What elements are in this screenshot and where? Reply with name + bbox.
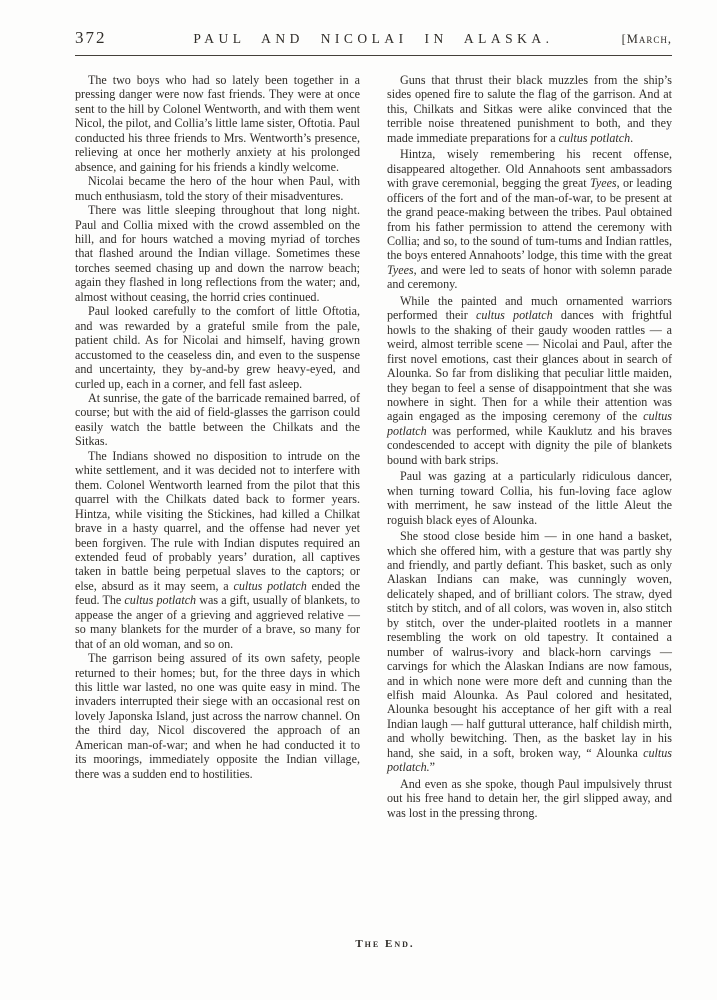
text-run: , and were led to seats of honor with so… xyxy=(387,263,672,291)
text-run: There was little sleeping throughout tha… xyxy=(75,203,360,304)
header-rule xyxy=(75,55,672,56)
text-run: The Indians showed no disposition to int… xyxy=(75,449,360,593)
page-content: 372 PAUL AND NICOLAI IN ALASKA. [March, … xyxy=(75,28,672,822)
paragraph: The Indians showed no disposition to int… xyxy=(75,449,360,651)
italic-phrase: cultus potlatch xyxy=(233,579,306,593)
paragraph: Nicolai became the hero of the hour when… xyxy=(75,174,360,203)
paragraph: The two boys who had so lately been toge… xyxy=(75,73,360,174)
text-run: And even as she spoke, though Paul impul… xyxy=(387,777,672,820)
paragraph: She stood close beside him — in one hand… xyxy=(387,529,672,775)
text-run: The garrison being assured of its own sa… xyxy=(75,651,360,781)
italic-phrase: Tyees xyxy=(387,263,414,277)
paragraph: And even as she spoke, though Paul impul… xyxy=(387,777,672,820)
text-run: dances with frightful howls to the shaki… xyxy=(387,308,672,423)
text-run: . xyxy=(630,131,633,145)
right-column: Guns that thrust their black muzzles fro… xyxy=(387,73,672,822)
page-number: 372 xyxy=(75,28,135,48)
paragraph: Hintza, wisely remembering his recent of… xyxy=(387,147,672,292)
paragraph: The garrison being assured of its own sa… xyxy=(75,651,360,781)
page-title: PAUL AND NICOLAI IN ALASKA. xyxy=(135,31,612,47)
text-run: Nicolai became the hero of the hour when… xyxy=(75,174,360,202)
text-run: She stood close beside him — in one hand… xyxy=(387,529,672,760)
text-run: Paul looked carefully to the comfort of … xyxy=(75,304,360,390)
italic-phrase: Tyees xyxy=(590,176,617,190)
running-head: 372 PAUL AND NICOLAI IN ALASKA. [March, xyxy=(75,28,672,48)
italic-phrase: cultus potlatch xyxy=(476,308,553,322)
paragraph: Paul was gazing at a particularly ridicu… xyxy=(387,469,672,527)
text-run: Paul was gazing at a particularly ridicu… xyxy=(387,469,672,526)
italic-phrase: cultus potlatch xyxy=(559,131,631,145)
paragraph: Guns that thrust their black muzzles fro… xyxy=(387,73,672,145)
paragraph: At sunrise, the gate of the barricade re… xyxy=(75,391,360,449)
paragraph: There was little sleeping throughout tha… xyxy=(75,203,360,304)
issue-label: [March, xyxy=(612,32,672,47)
left-column: The two boys who had so lately been toge… xyxy=(75,73,360,822)
end-mark: The End. xyxy=(75,938,695,950)
scanned-book-page: 372 PAUL AND NICOLAI IN ALASKA. [March, … xyxy=(0,0,717,1000)
text-run: ” xyxy=(430,760,435,774)
article-columns: The two boys who had so lately been toge… xyxy=(75,73,672,822)
paragraph: While the painted and much ornamented wa… xyxy=(387,294,672,467)
paragraph: Paul looked carefully to the comfort of … xyxy=(75,304,360,391)
text-run: The two boys who had so lately been toge… xyxy=(75,73,360,174)
italic-phrase: cultus potlatch xyxy=(124,593,196,607)
text-run: was performed, while Kauklutz and his br… xyxy=(387,424,672,467)
text-run: At sunrise, the gate of the barricade re… xyxy=(75,391,360,448)
